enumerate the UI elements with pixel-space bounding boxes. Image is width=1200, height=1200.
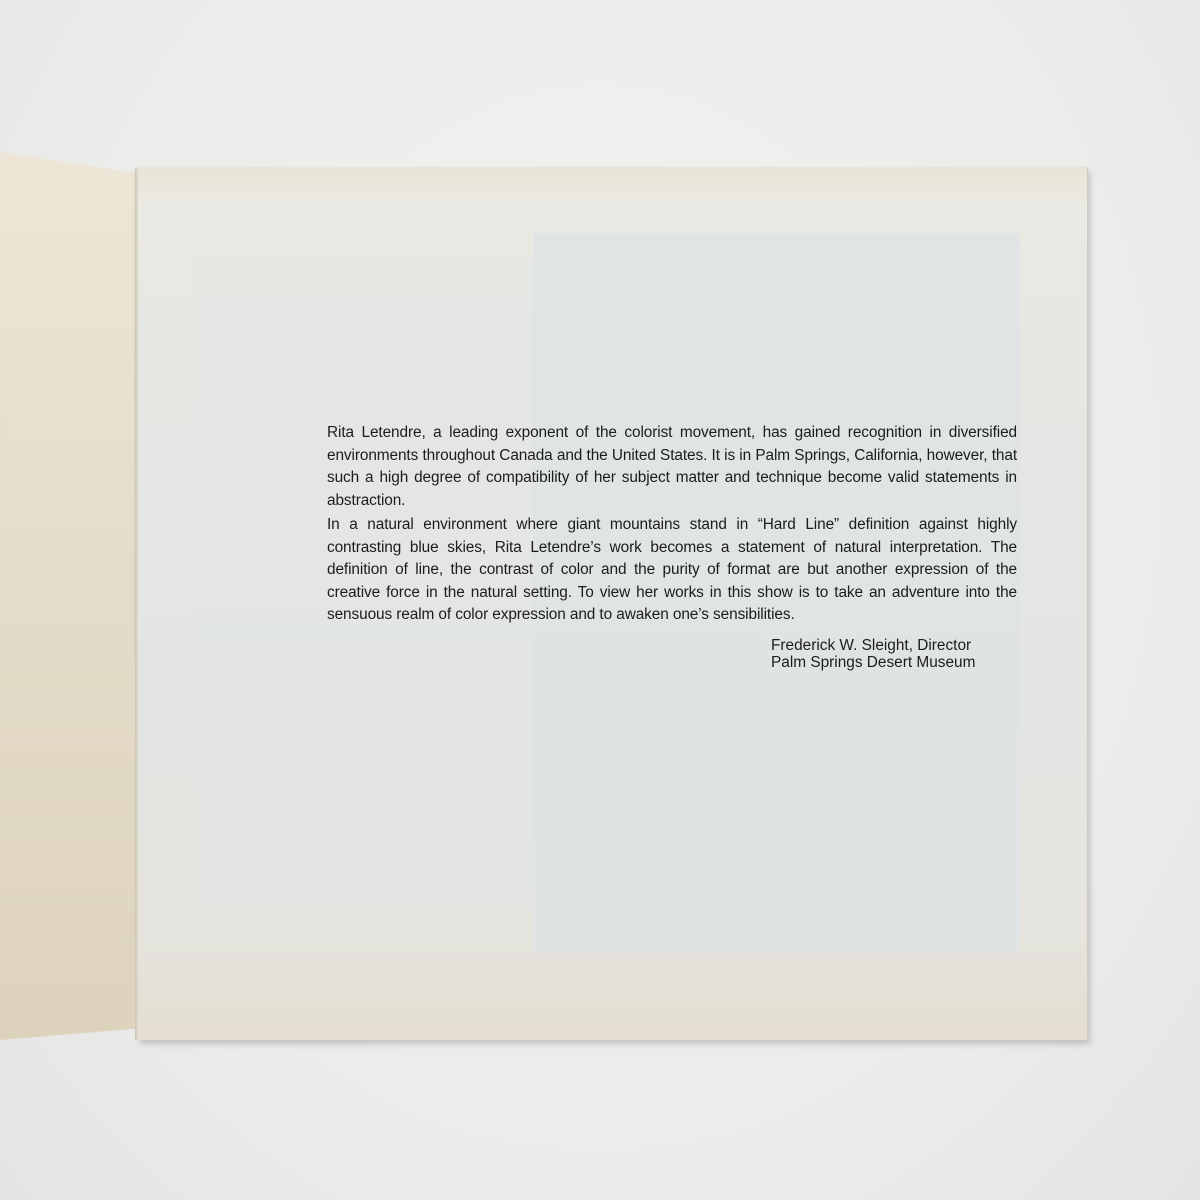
left-page — [0, 152, 137, 682]
signatory-institution: Palm Springs Desert Museum — [771, 654, 975, 671]
signatory-name-title: Frederick W. Sleight, Director — [771, 637, 975, 654]
paragraph-1: Rita Letendre, a leading exponent of the… — [327, 422, 1017, 512]
signature-block: Frederick W. Sleight, Director Palm Spri… — [771, 637, 975, 671]
left-page-lower — [0, 660, 137, 1040]
foreword-text: Rita Letendre, a leading exponent of the… — [327, 422, 1017, 629]
catalogue-page: Rita Letendre, a leading exponent of the… — [138, 167, 1088, 1040]
paragraph-2: In a natural environment where giant mou… — [327, 514, 1017, 627]
